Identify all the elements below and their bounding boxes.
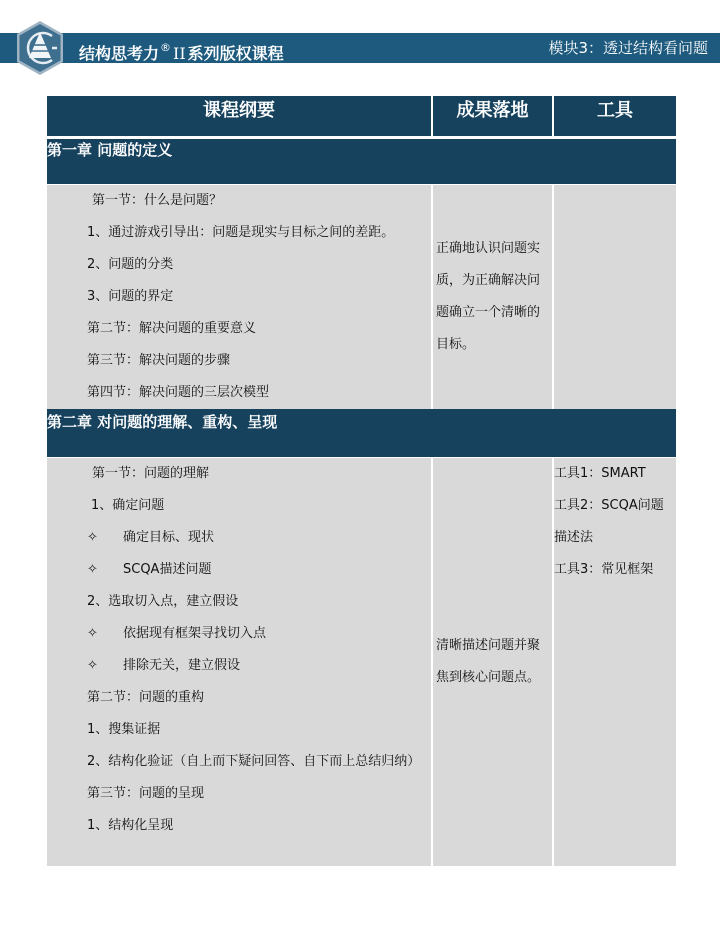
title-roman-numeral: II [173, 44, 186, 63]
outline-cell: 第一节：问题的理解 1、确定问题 ✧确定目标、现状 ✧SCQA描述问题 2、选取… [47, 458, 431, 866]
chapter-row: 第一章 问题的定义 [47, 139, 676, 184]
course-series-title: 结构思考力®II系列版权课程 [79, 33, 284, 63]
outcome-cell: 正确地认识问题实 质，为正确解决问 题确立一个清晰的 目标。 [431, 185, 552, 409]
chapter-body-row: 第一节：问题的理解 1、确定问题 ✧确定目标、现状 ✧SCQA描述问题 2、选取… [47, 458, 676, 866]
tool-line: 工具2：SCQA问题 [554, 490, 676, 522]
outcome-line: 质，为正确解决问 [436, 265, 552, 297]
outline-bullet-line: ✧SCQA描述问题 [47, 554, 431, 586]
outcome-line: 正确地认识问题实 [436, 233, 552, 265]
column-header-outcome: 成果落地 [431, 96, 552, 136]
tool-line: 描述法 [554, 522, 676, 554]
outline-line: 1、确定问题 [47, 490, 431, 522]
tools-cell: 工具1：SMART 工具2：SCQA问题 描述法 工具3：常见框架 [552, 458, 676, 866]
outcome-line: 清晰描述问题并聚 [436, 630, 552, 662]
outline-line: 1、结构化呈现 [47, 810, 431, 842]
column-header-outline: 课程纲要 [47, 96, 431, 136]
outline-line: 第三节：解决问题的步骤 [47, 345, 431, 377]
outline-line: 2、结构化验证（自上而下疑问回答、自下而上总结归纳） [47, 746, 431, 778]
outline-bullet-line: ✧依据现有框架寻找切入点 [47, 618, 431, 650]
outline-line: 第二节：问题的重构 [47, 682, 431, 714]
outline-bullet-line: ✧排除无关，建立假设 [47, 650, 431, 682]
outline-line: 第一节：什么是问题？ [47, 185, 431, 217]
outcome-line: 题确立一个清晰的 [436, 297, 552, 329]
outcome-line: 焦到核心问题点。 [436, 662, 552, 694]
tools-cell [552, 185, 676, 409]
outline-bullet-line: ✧确定目标、现状 [47, 522, 431, 554]
outline-line: 第二节：解决问题的重要意义 [47, 313, 431, 345]
pyramid-hexagon-logo-icon [15, 20, 65, 76]
sparkle-bullet-icon: ✧ [47, 650, 123, 682]
chapter-title: 第二章 对问题的理解、重构、呈现 [47, 411, 676, 457]
sparkle-bullet-icon: ✧ [47, 554, 123, 586]
outline-line: 2、选取切入点，建立假设 [47, 586, 431, 618]
registered-mark: ® [160, 41, 171, 54]
outline-line: 第一节：问题的理解 [47, 458, 431, 490]
outline-line: 2、问题的分类 [47, 249, 431, 281]
sparkle-bullet-icon: ✧ [47, 618, 123, 650]
course-outline-table: 课程纲要 成果落地 工具 第一章 问题的定义 第一节：什么是问题？ 1、通过游戏… [47, 96, 676, 866]
outcome-cell: 清晰描述问题并聚 焦到核心问题点。 [431, 458, 552, 866]
title-main: 结构思考力 [79, 44, 159, 63]
tool-line: 工具3：常见框架 [554, 554, 676, 586]
outline-line: 1、搜集证据 [47, 714, 431, 746]
module-title: 模块3：透过结构看问题 [548, 33, 708, 63]
tool-line: 工具1：SMART [554, 458, 676, 490]
chapter-title: 第一章 问题的定义 [47, 139, 676, 184]
table-header-row: 课程纲要 成果落地 工具 [47, 96, 676, 136]
sparkle-bullet-icon: ✧ [47, 522, 123, 554]
chapter-body-row: 第一节：什么是问题？ 1、通过游戏引导出：问题是现实与目标之间的差距。 2、问题… [47, 185, 676, 409]
chapter-row: 第二章 对问题的理解、重构、呈现 [47, 411, 676, 457]
outline-cell: 第一节：什么是问题？ 1、通过游戏引导出：问题是现实与目标之间的差距。 2、问题… [47, 185, 431, 409]
outcome-line: 目标。 [436, 329, 552, 361]
outline-line: 3、问题的界定 [47, 281, 431, 313]
title-suffix: 系列版权课程 [188, 44, 284, 63]
column-header-tools: 工具 [552, 96, 676, 136]
outline-line: 第三节：问题的呈现 [47, 778, 431, 810]
outline-line: 第四节：解决问题的三层次模型 [47, 377, 431, 409]
outline-line: 1、通过游戏引导出：问题是现实与目标之间的差距。 [47, 217, 431, 249]
